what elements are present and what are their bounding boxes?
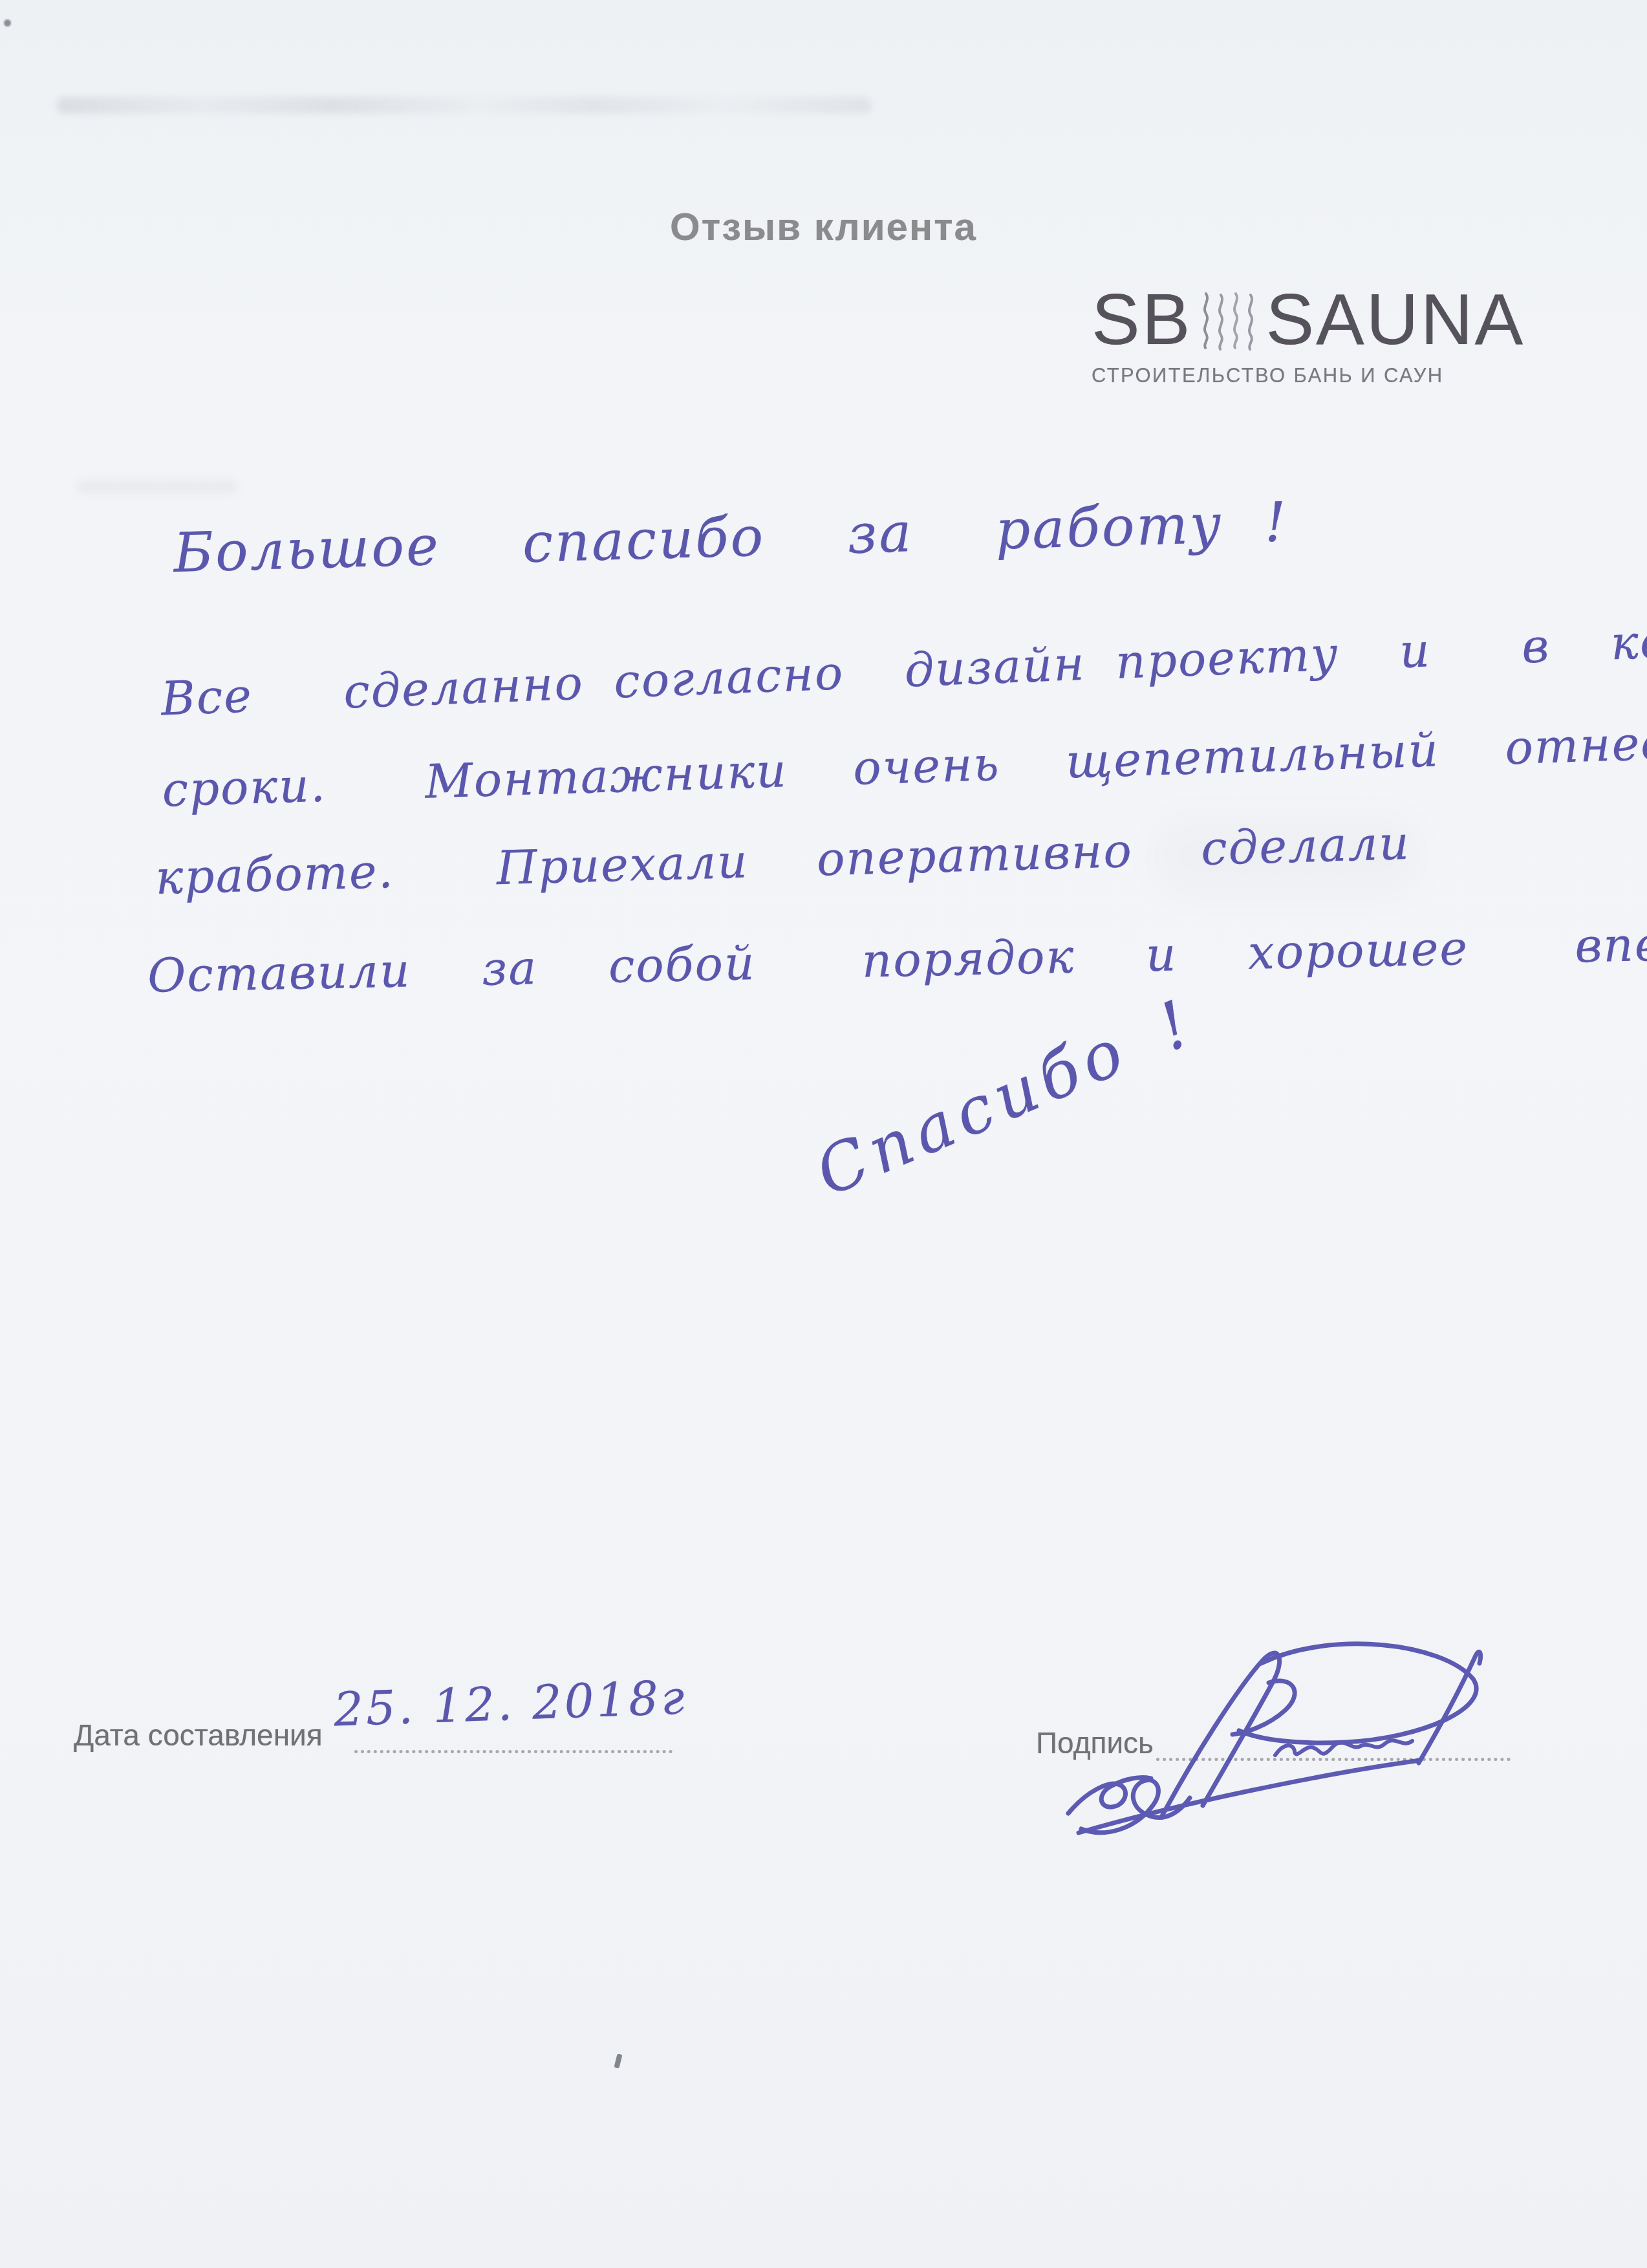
logo-tagline: СТРОИТЕЛЬСТВО БАНЬ И САУН	[1092, 364, 1525, 387]
handwritten-date: 25. 12. 2018г	[333, 1670, 688, 1736]
date-label: Дата составления	[74, 1718, 323, 1753]
handwritten-closing-thanks: Спасибо !	[805, 984, 1206, 1211]
document-title: Отзыв клиента	[0, 204, 1647, 249]
handwritten-line-2: Все сделанно согласно дизайн проекту и в…	[160, 606, 1647, 726]
handwritten-signature-scribble	[1053, 1615, 1518, 1852]
date-dotted-line	[354, 1750, 673, 1753]
logo-sauna-text: SAUNA	[1265, 290, 1525, 349]
scanned-review-page: Отзыв клиента SB SAUNA СТРОИТЕЛЬСТВО БАН…	[0, 0, 1647, 2268]
company-logo: SB SAUNA СТРОИТЕЛЬСТВО БАНЬ И САУН	[1092, 290, 1525, 387]
logo-sb-text: SB	[1092, 290, 1192, 349]
scan-dust-dot	[4, 19, 11, 27]
scan-smudge-line	[57, 97, 872, 114]
steam-waves-icon	[1200, 291, 1259, 354]
handwritten-line-1: Большое спасибо за работу !	[173, 490, 1289, 585]
handwritten-line-5: Оставили за собой порядок и хорошее впеч…	[147, 911, 1647, 1002]
scan-ink-speck	[614, 2053, 622, 2068]
scan-faint-text-remnant	[76, 480, 238, 494]
handwritten-line-3: сроки. Монтажники очень щепетильный отне…	[161, 712, 1647, 817]
